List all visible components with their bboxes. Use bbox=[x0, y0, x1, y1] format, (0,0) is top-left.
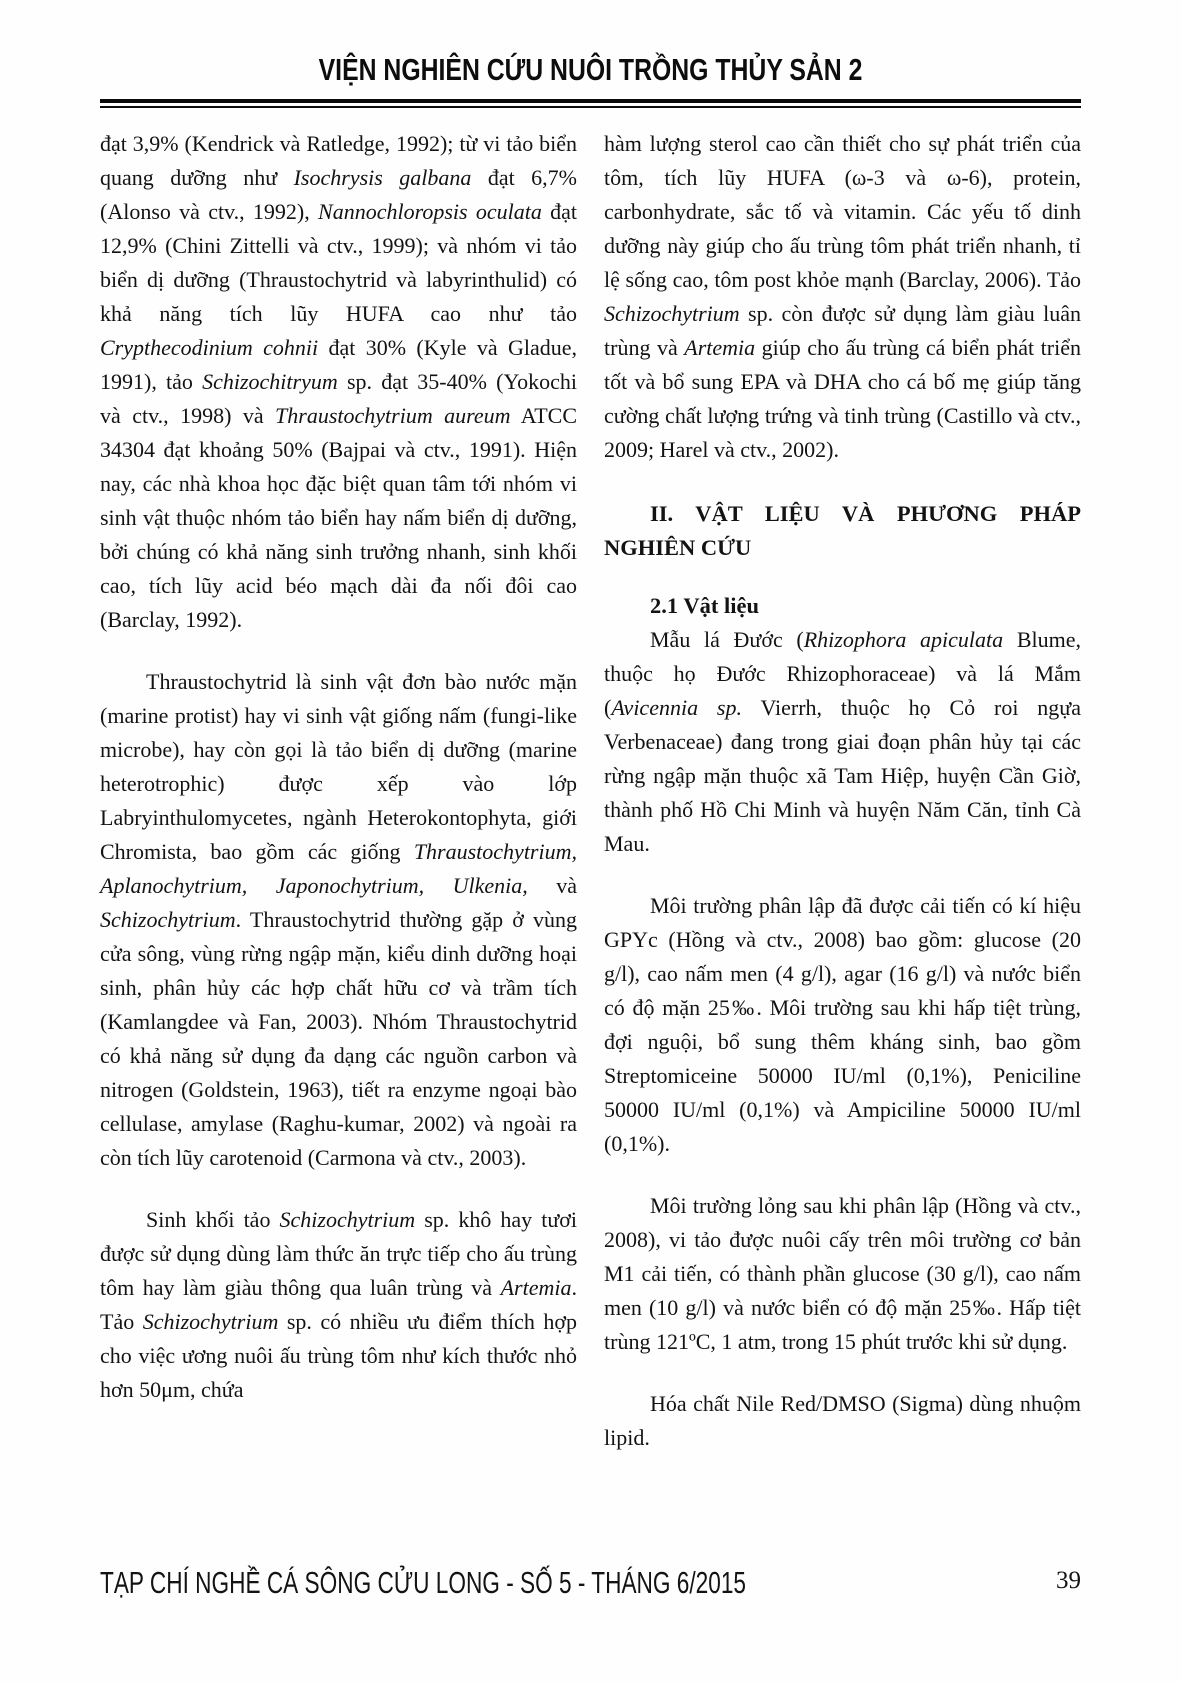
header-divider bbox=[100, 99, 1081, 108]
subsection-heading: 2.1 Vật liệu bbox=[604, 589, 1081, 623]
page-number: 39 bbox=[1056, 1566, 1081, 1596]
paragraph: Môi trường phân lập đã được cải tiến có … bbox=[604, 889, 1081, 1161]
paragraph: Hóa chất Nile Red/DMSO (Sigma) dùng nhuộ… bbox=[604, 1387, 1081, 1455]
page: VIỆN NGHIÊN CỨU NUÔI TRỒNG THỦY SẢN 2 đạ… bbox=[0, 0, 1181, 1455]
article-body: đạt 3,9% (Kendrick và Ratledge, 1992); t… bbox=[100, 127, 1081, 1455]
paragraph: Thraustochytrid là sinh vật đơn bào nước… bbox=[100, 665, 577, 1175]
footer-journal-title: TẠP CHÍ NGHỀ CÁ SÔNG CỬU LONG - SỐ 5 - T… bbox=[100, 1566, 746, 1600]
journal-header-title: VIỆN NGHIÊN CỨU NUÔI TRỒNG THỦY SẢN 2 bbox=[118, 52, 1063, 88]
paragraph: Sinh khối tảo Schizochytrium sp. khô hay… bbox=[100, 1203, 577, 1407]
paragraph: Mẫu lá Đước (Rhizophora apiculata Blume,… bbox=[604, 623, 1081, 861]
page-header: VIỆN NGHIÊN CỨU NUÔI TRỒNG THỦY SẢN 2 bbox=[0, 0, 1181, 108]
column-left: đạt 3,9% (Kendrick và Ratledge, 1992); t… bbox=[100, 127, 577, 1455]
section-heading: II. VẬT LIỆU VÀ PHƯƠNG PHÁP NGHIÊN CỨU bbox=[604, 497, 1081, 565]
page-footer: TẠP CHÍ NGHỀ CÁ SÔNG CỬU LONG - SỐ 5 - T… bbox=[100, 1566, 1081, 1600]
paragraph: hàm lượng sterol cao cần thiết cho sự ph… bbox=[604, 127, 1081, 467]
paragraph: đạt 3,9% (Kendrick và Ratledge, 1992); t… bbox=[100, 127, 577, 637]
paragraph: Môi trường lỏng sau khi phân lập (Hồng v… bbox=[604, 1189, 1081, 1359]
column-right: hàm lượng sterol cao cần thiết cho sự ph… bbox=[604, 127, 1081, 1455]
